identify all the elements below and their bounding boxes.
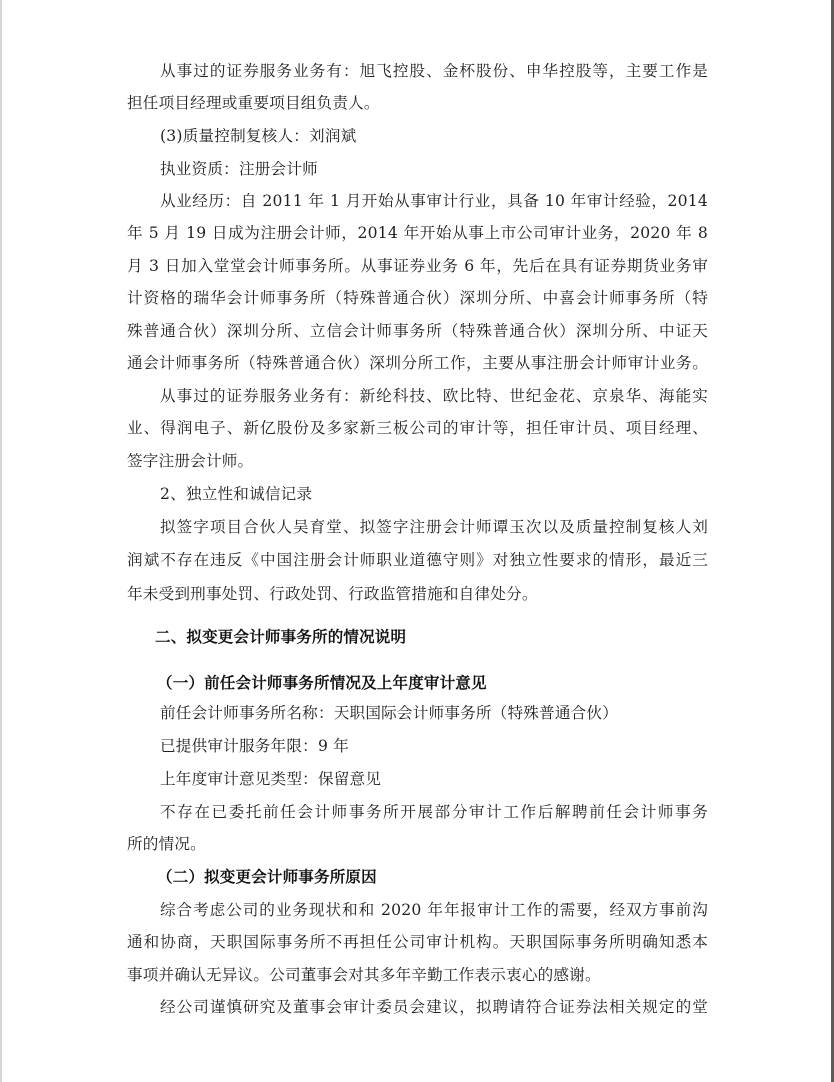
audit-opinion-type: 上年度审计意见类型：保留意见 bbox=[160, 763, 708, 795]
paragraph-line: 综合考虑公司的业务现状和和 2020 年年报审计工作的需要，经双方事前沟 bbox=[160, 894, 708, 926]
paragraph-line: 润斌不存在违反《中国注册会计师职业道德守则》对独立性要求的情形，最近三 bbox=[127, 544, 708, 576]
paragraph-line: 年 5 月 19 日成为注册会计师，2014 年开始从事上市公司审计业务，202… bbox=[127, 217, 708, 249]
predecessor-firm-name: 前任会计师事务所名称：天职国际会计师事务所（特殊普通合伙） bbox=[160, 697, 708, 729]
reviewer-line: (3)质量控制复核人：刘润斌 bbox=[160, 120, 708, 152]
paragraph-line: 经公司谨慎研究及董事会审计委员会建议，拟聘请符合证券法相关规定的堂 bbox=[160, 991, 708, 1023]
paragraph-line: 业、得润电子、新亿股份及多家新三板公司的审计等，担任审计员、项目经理、 bbox=[127, 412, 708, 444]
paragraph-line: 年未受到刑事处罚、行政处罚、行政监管措施和自律处分。 bbox=[127, 578, 708, 610]
paragraph-line: 从事过的证券服务业务有：旭飞控股、金杯股份、申华控股等，主要工作是 bbox=[160, 55, 708, 87]
subsection-heading: （一）前任会计师事务所情况及上年度审计意见 bbox=[157, 667, 738, 699]
item-heading: 2、独立性和诚信记录 bbox=[160, 478, 708, 510]
paragraph-line: 担任项目经理或重要项目组负责人。 bbox=[127, 87, 708, 119]
paragraph-line: 不存在已委托前任会计师事务所开展部分审计工作后解聘前任会计师事务 bbox=[160, 796, 708, 828]
paragraph-line: 通会计师事务所（特殊普通合伙）深圳分所工作，主要从事注册会计师审计业务。 bbox=[127, 347, 708, 379]
service-years: 已提供审计服务年限：9 年 bbox=[160, 730, 708, 762]
paragraph-line: 签字注册会计师。 bbox=[127, 445, 708, 477]
paragraph-line: 殊普通合伙）深圳分所、立信会计师事务所（特殊普通合伙）深圳分所、中证天 bbox=[127, 315, 708, 347]
paragraph-line: 通和协商，天职国际事务所不再担任公司审计机构。天职国际事务所明确知悉本 bbox=[127, 926, 708, 958]
section-heading: 二、拟变更会计师事务所的情况说明 bbox=[155, 621, 736, 653]
paragraph-line: 从业经历：自 2011 年 1 月开始从事审计行业，具备 10 年审计经验，20… bbox=[160, 185, 708, 217]
paragraph-line: 事项并确认无异议。公司董事会对其多年辛勤工作表示衷心的感谢。 bbox=[127, 959, 708, 991]
subsection-heading: （二）拟变更会计师事务所原因 bbox=[157, 861, 738, 893]
paragraph-line: 拟签字项目合伙人吴育堂、拟签字注册会计师谭玉次以及质量控制复核人刘 bbox=[160, 511, 708, 543]
paragraph-line: 月 3 日加入堂堂会计师事务所。从事证券业务 6 年，先后在具有证券期货业务审 bbox=[127, 250, 708, 282]
paragraph-line: 从事过的证券服务业务有：新纶科技、欧比特、世纪金花、京泉华、海能实 bbox=[160, 380, 708, 412]
paragraph-line: 计资格的瑞华会计师事务所（特殊普通合伙）深圳分所、中喜会计师事务所（特 bbox=[127, 282, 708, 314]
qualification-line: 执业资质：注册会计师 bbox=[160, 153, 708, 185]
paragraph-line: 所的情况。 bbox=[127, 828, 708, 860]
page-left-edge bbox=[0, 0, 2, 1082]
